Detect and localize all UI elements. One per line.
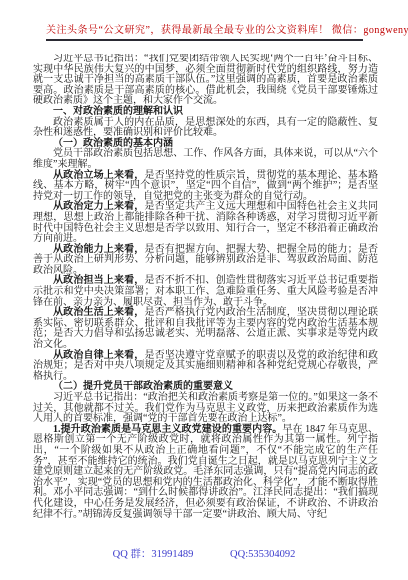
paragraph: 从政治担当上来看，是否不折不扣、创造性贯彻落实习近平总书记重要指示批示和党中央决… xyxy=(33,276,378,308)
paragraph: 从政治立场上来看，是否坚持党的性质宗旨，贯彻党的基本理论、基本路线、基本方略，树… xyxy=(33,171,378,203)
paragraph-lead: 从政治自律上来看， xyxy=(53,350,144,361)
promo-banner-text: 关注头条号“公文研究”，获得最新最全最专业的公文资料库！ 微信：gongweny… xyxy=(46,25,408,36)
promo-banner: 关注头条号“公文研究”，获得最新最全最专业的公文资料库！ 微信：gongweny… xyxy=(46,21,363,41)
section-heading-text: （二）提升党员干部政治素质的重要意义 xyxy=(53,381,233,392)
paragraph: 党员干部政治素质包括思想、工作、作风各方面，具体来说，可以从“六个维度”来理解。 xyxy=(33,149,378,170)
paragraph: 从政治能力上来看，是否有把握方向、把握大势、把握全局的能力；是否善于从政治上研判… xyxy=(33,245,378,277)
paragraph-text: 习近平总书记指出：“政治把关和政治素质考察是第一位的。”如果这一条不过关，其他就… xyxy=(33,392,378,424)
document-body: 习近平总书记指出：“我们党要团结带领人民实现‘两个一百年’奋斗目标、实现中华民族… xyxy=(33,54,378,524)
paragraph: 从政治定力上来看，是否坚定共产主义远大理想和中国特色社会主义共同理想，思想上政治… xyxy=(33,202,378,244)
paragraph: 政治素质属于人的内在品质，是思想深处的东西，具有一定的隐蔽性、复杂性和迷惑性，要… xyxy=(33,118,378,139)
document-page: 关注头条号“公文研究”，获得最新最全最专业的公文资料库！ 微信：gongweny… xyxy=(0,0,408,580)
paragraph-text: 早在 1847 年马克思、恩格斯创立第一个无产阶级政党时，就将政治属性作为其第一… xyxy=(33,424,378,520)
footer-contact: QQ 群：31991489 QQ:535304092 xyxy=(0,546,408,561)
paragraph: 习近平总书记指出：“我们党要团结带领人民实现‘两个一百年’奋斗目标、实现中华民族… xyxy=(33,54,378,107)
paragraph-lead: 从政治担当上来看， xyxy=(53,275,144,286)
paragraph: 从政治生活上来看，是否严格执行党内政治生活制度，坚决贯彻以理论联系实际、密切联系… xyxy=(33,308,378,350)
qq-group-number: QQ 群：31991489 xyxy=(113,549,194,560)
paragraph-lead: 从政治定力上来看， xyxy=(53,201,144,212)
paragraph: 从政治自律上来看，是否坚决遵守党章赋予的职责以及党的政治纪律和政治规矩；是否对中… xyxy=(33,351,378,383)
paragraph-lead: 从政治立场上来看， xyxy=(53,170,144,181)
paragraph: 习近平总书记指出：“政治把关和政治素质考察是第一位的。”如果这一条不过关，其他就… xyxy=(33,393,378,425)
section-heading-text: 一、对政治素质的理解和认识 xyxy=(53,106,183,117)
qq-number: QQ:535304092 xyxy=(230,549,295,560)
paragraph-text: 习近平总书记指出：“我们党要团结带领人民实现‘两个一百年’奋斗目标、实现中华民族… xyxy=(33,54,378,106)
paragraph: 1.提升政治素质是马克思主义政党建设的重要内容。早在 1847 年马克思、恩格斯… xyxy=(33,425,378,520)
paragraph-lead: 从政治生活上来看， xyxy=(53,307,144,318)
paragraph-text: 政治素质属于人的内在品质，是思想深处的东西，具有一定的隐蔽性、复杂性和迷惑性，要… xyxy=(33,117,378,139)
paragraph-text: 党员干部政治素质包括思想、工作、作风各方面，具体来说，可以从“六个维度”来理解。 xyxy=(33,148,378,170)
